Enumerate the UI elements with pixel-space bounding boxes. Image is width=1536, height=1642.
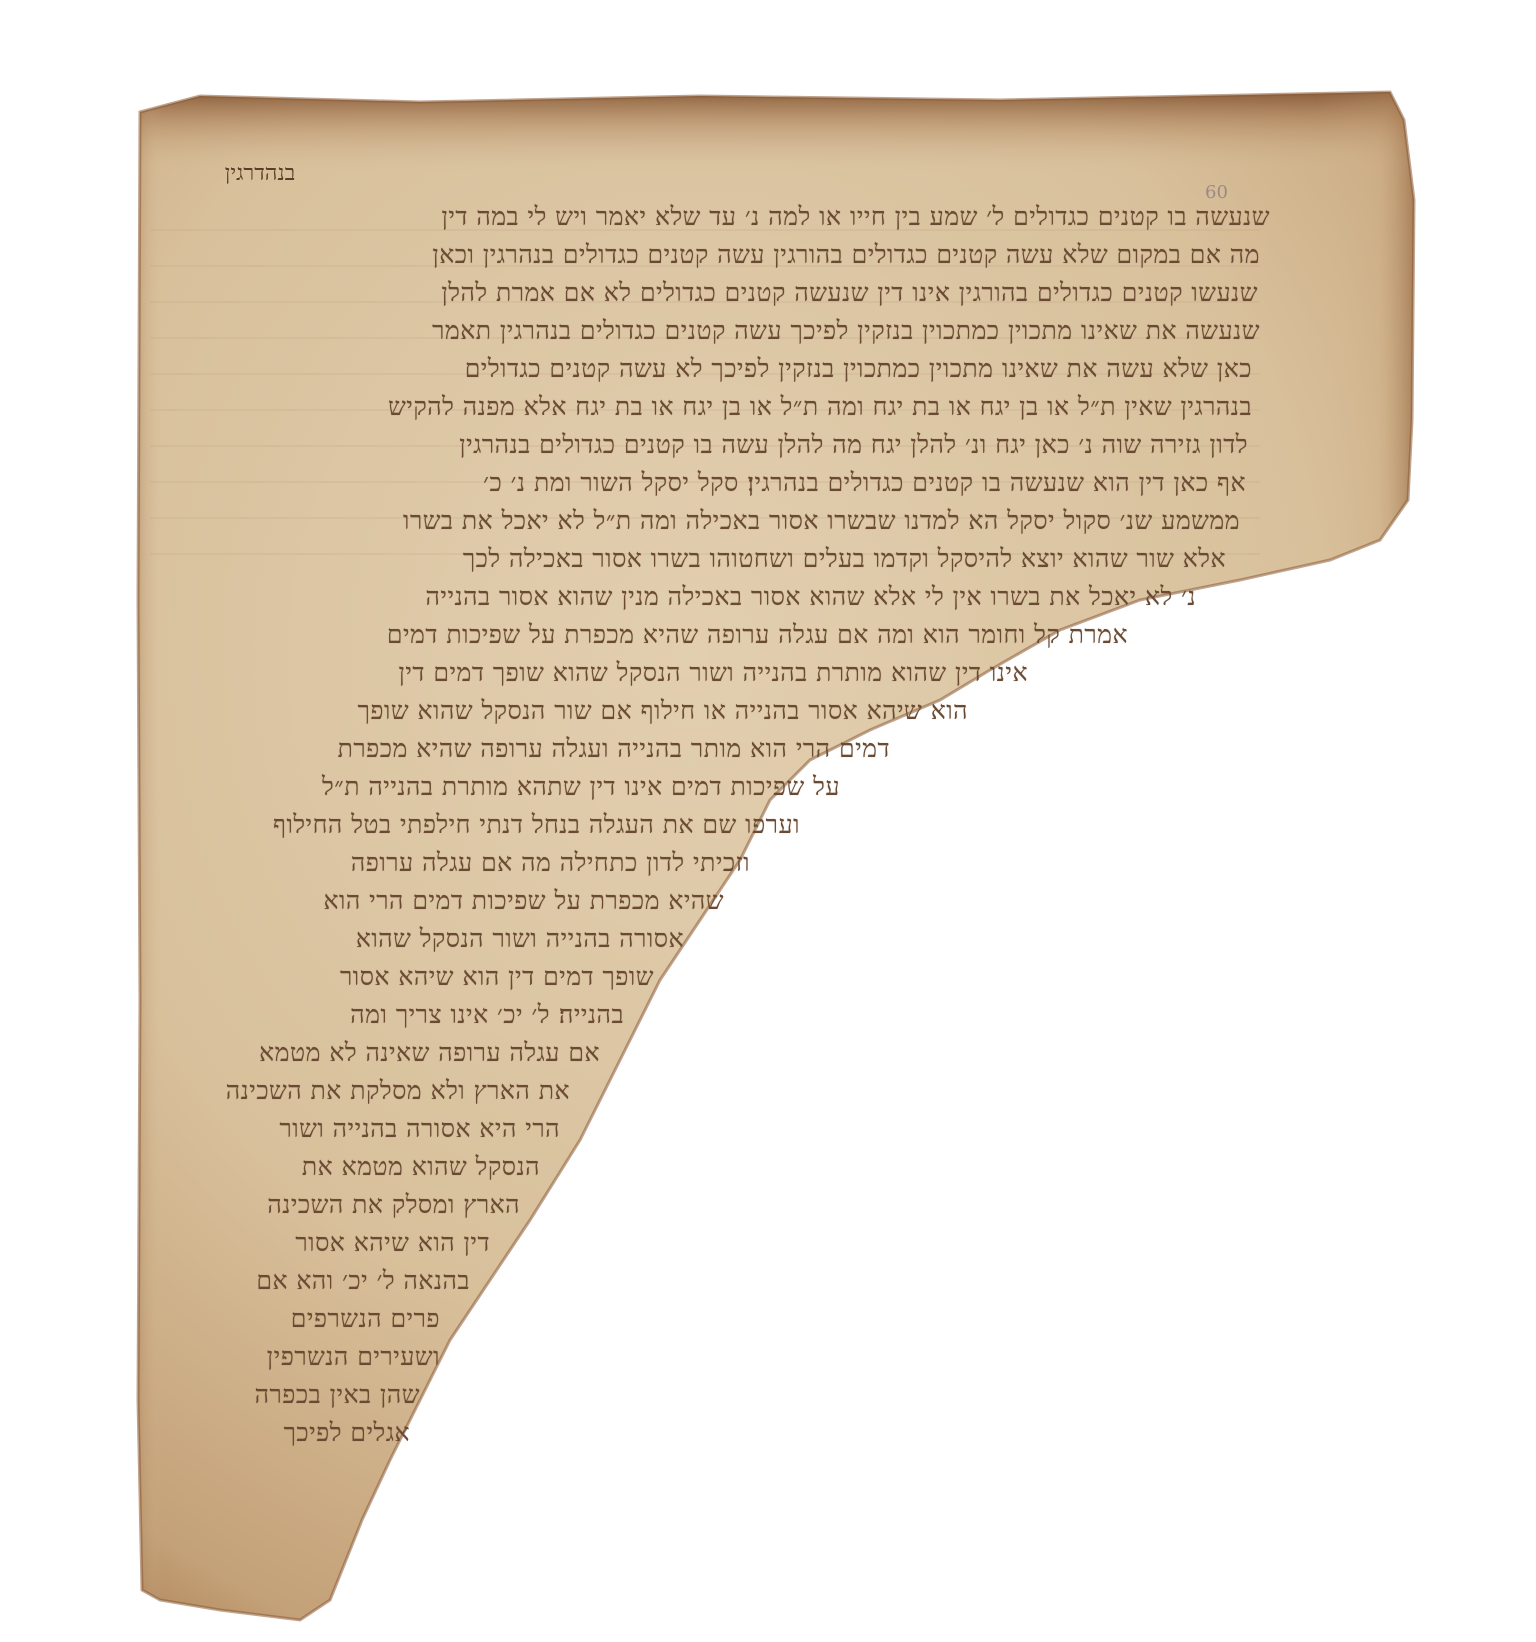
text-line: הוא שיהא אסור בהנייה או חילוף אם שור הנס… xyxy=(188,694,968,728)
text-line: שהיא מכפרת על שפיכות דמים הרי הוא xyxy=(214,884,724,918)
text-line: ושעירים הנשרפין xyxy=(200,1340,440,1374)
text-line: ממשמע שנ׳ סקול יסקל הא למדנו שבשרו אסור … xyxy=(200,504,1240,538)
text-line: את הארץ ולא מסלקת את השכינה xyxy=(170,1074,570,1108)
text-line: אמרת קל וחומר הוא ומה אם עגלה ערופה שהיא… xyxy=(188,618,1128,652)
text-line: אף כאן דין הוא שנעשה בו קטנים כגדולים בנ… xyxy=(206,466,1246,500)
text-line: הרי היא אסורה בהנייה ושור xyxy=(190,1112,560,1146)
text-line: שהן באין בכפרה xyxy=(210,1378,420,1412)
manuscript-text: בנהדרגין 60 שנעשה בו קטנים כגדולים ל׳ שמ… xyxy=(0,0,1536,1642)
text-line: בהנייה׃ ל׳ יכ׳ אינו צריך ומה xyxy=(204,998,624,1032)
text-line: אלא שור שהוא יוצא להיסקל וקדמו בעלים ושח… xyxy=(196,542,1226,576)
text-line: אם עגלה ערופה שאינה לא מטמא xyxy=(180,1036,600,1070)
text-line: מה אם במקום שלא עשה קטנים כגדולים בהורגי… xyxy=(220,238,1260,272)
text-line: וזכיתי לדון כתחילה מה אם עגלה ערופה xyxy=(210,846,750,880)
text-line: שנעשה בו קטנים כגדולים ל׳ שמע בין חייו א… xyxy=(230,200,1270,234)
manuscript-image: בנהדרגין 60 שנעשה בו קטנים כגדולים ל׳ שמ… xyxy=(0,0,1536,1642)
text-line: נ׳ לא יאכל את בשרו אין לי אלא שהוא אסור … xyxy=(196,580,1196,614)
text-line: לדון גזירה שוה נ׳ כאן יגח ונ׳ להלן יגח מ… xyxy=(208,428,1248,462)
text-line: דמים הרי הוא מותר בהנייה ועגלה ערופה שהי… xyxy=(200,732,890,766)
text-line: וערפו שם את העגלה בנחל דנתי חילפתי בטל ה… xyxy=(200,808,800,842)
text-line: בנהרגין שאין ת״ל או בן יגח או בת יגח ומה… xyxy=(212,390,1252,424)
text-line: שנעשו קטנים כגדולים בהורגין אינו דין שנע… xyxy=(218,276,1258,310)
text-line: הנסקל שהוא מטמא את xyxy=(210,1150,540,1184)
heading-label: בנהדרגין xyxy=(200,160,320,186)
text-line: בהנאה ל׳ יכ׳ והא אם xyxy=(200,1264,470,1298)
text-line: שופך דמים דין הוא שיהא אסור xyxy=(204,960,654,994)
text-line: אינו דין שהוא מותרת בהנייה ושור הנסקל שה… xyxy=(188,656,1028,690)
text-line: על שפיכות דמים אינו דין שתהא מותרת בהניי… xyxy=(200,770,840,804)
text-line: דין הוא שיהא אסור xyxy=(210,1226,490,1260)
text-line: אגלים לפיכך xyxy=(220,1416,410,1450)
text-line: אסורה בהנייה ושור הנסקל שהוא xyxy=(214,922,684,956)
text-line: הארץ ומסלק את השכינה xyxy=(200,1188,520,1222)
text-line: כאן שלא עשה את שאינו מתכוין כמתכוין בנזק… xyxy=(212,352,1252,386)
text-line: שנעשה את שאינו מתכוין כמתכוין בנזקין לפי… xyxy=(216,314,1260,348)
text-line: פרים הנשרפים xyxy=(220,1302,440,1336)
